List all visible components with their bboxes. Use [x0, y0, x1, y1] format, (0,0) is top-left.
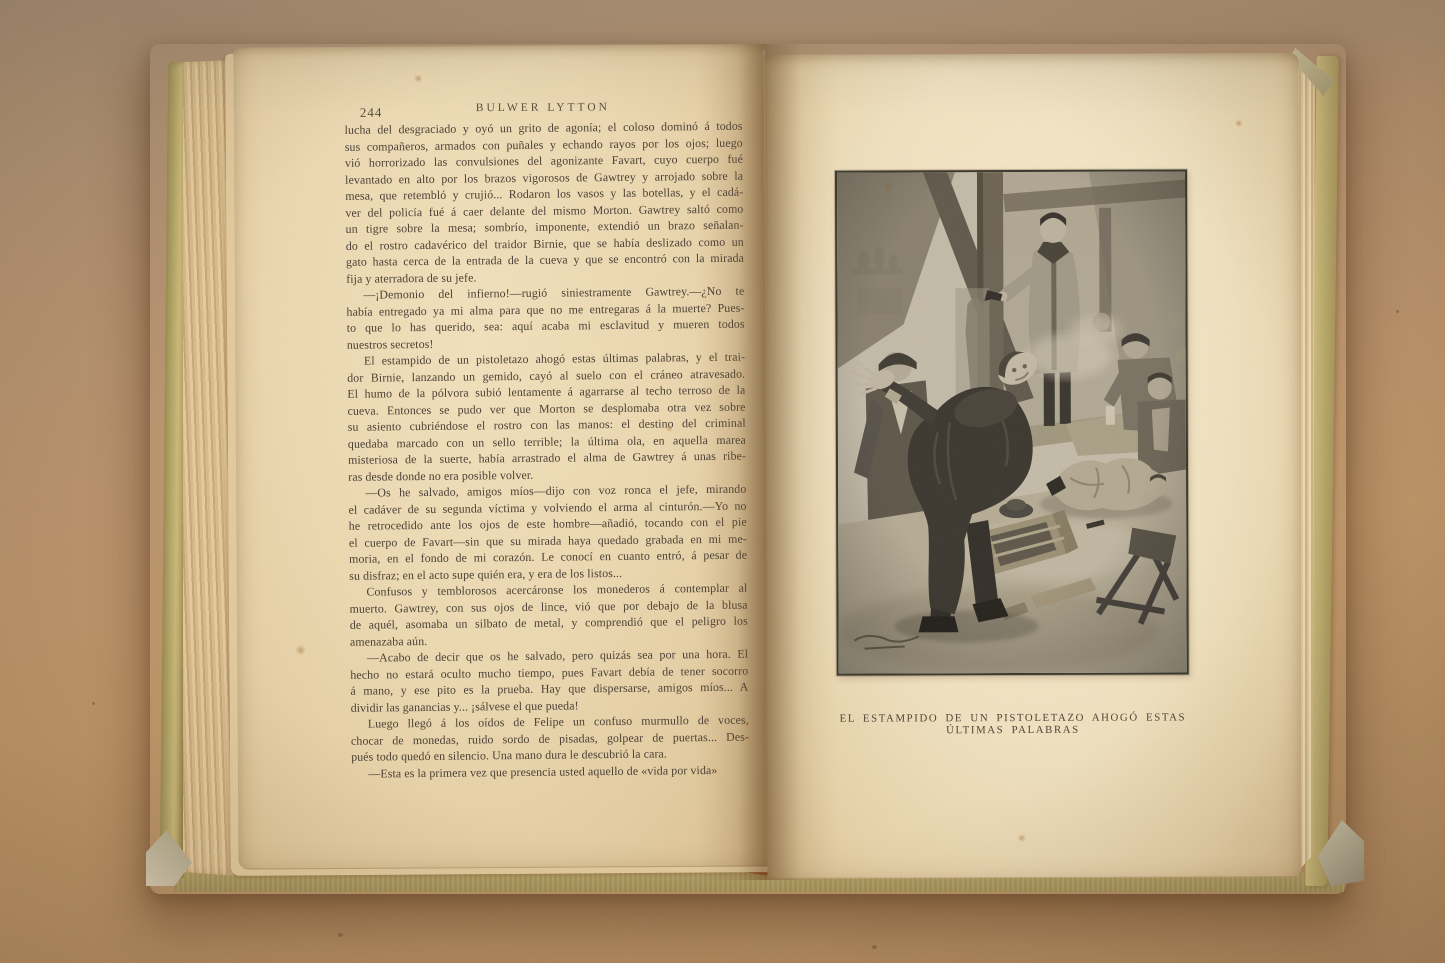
foxing-stain: [883, 182, 893, 191]
left-page: 244 BULWER LYTTON lucha del desgraciado …: [233, 44, 768, 869]
body-text: lucha del desgraciado y oyó un grito de …: [345, 118, 750, 782]
foxing-stain: [1017, 834, 1026, 842]
book-illustration: [837, 171, 1187, 673]
foxing-stain: [295, 645, 306, 655]
dirt-speck: [1396, 310, 1399, 313]
foxing-stain: [414, 74, 423, 82]
photo-of-open-book: 244 BULWER LYTTON lucha del desgraciado …: [0, 0, 1445, 963]
foxing-stain: [1235, 119, 1243, 127]
running-header: BULWER LYTTON: [346, 101, 740, 115]
right-page: EL ESTAMPIDO DE UN PISTOLETAZO AHOGÓ EST…: [765, 53, 1302, 879]
illustration-caption: EL ESTAMPIDO DE UN PISTOLETAZO AHOGÓ EST…: [807, 711, 1219, 736]
dirt-speck: [92, 702, 95, 705]
dirt-speck: [872, 945, 877, 949]
illustration-frame: [835, 169, 1189, 675]
foxing-stain: [666, 425, 673, 432]
text-line: —Esta es la primera vez que presencia us…: [351, 761, 749, 782]
dirt-speck: [338, 933, 343, 937]
